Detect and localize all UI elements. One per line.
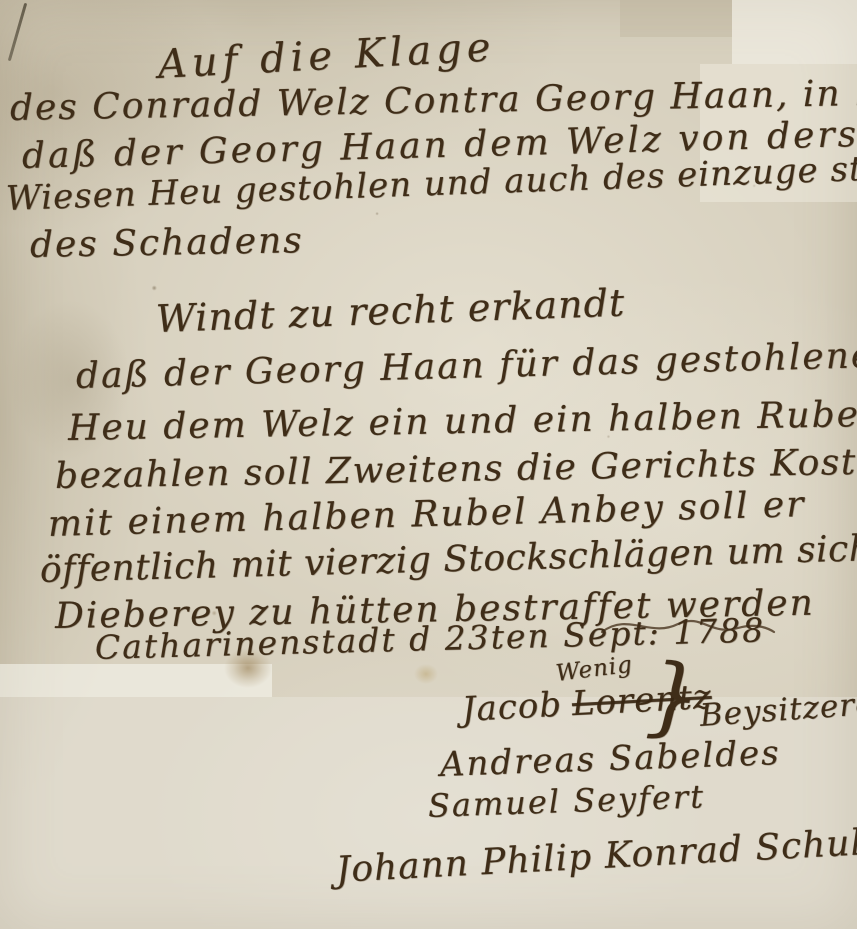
complaint-line: des Schadens <box>30 222 304 265</box>
document-heading: Auf die Klage <box>157 26 497 86</box>
signature-brace: } <box>644 652 703 741</box>
signature-first-name: Jacob <box>461 685 563 730</box>
verdict-heading: Windt zu recht erkandt <box>155 284 626 340</box>
signature-role: Beysitzere <box>699 688 857 733</box>
signature-samuel: Samuel Seyfert <box>427 780 705 823</box>
verdict-line: Heu dem Welz ein und ein halben Rubel <box>68 396 857 448</box>
paper-stain <box>414 664 438 684</box>
page-corner-crease <box>8 3 27 62</box>
signature-andreas: Andreas Sabeldes <box>439 736 781 784</box>
signature-johann: Johann Philip Konrad Schultz <box>335 823 857 890</box>
scan-seam-patch <box>620 0 732 37</box>
manuscript-page: Auf die Klage des Conradd Welz Contra Ge… <box>0 0 857 929</box>
scan-seam-patch <box>732 0 857 64</box>
verdict-line: daß der Georg Haan für das gestohlenen — <box>76 335 857 396</box>
